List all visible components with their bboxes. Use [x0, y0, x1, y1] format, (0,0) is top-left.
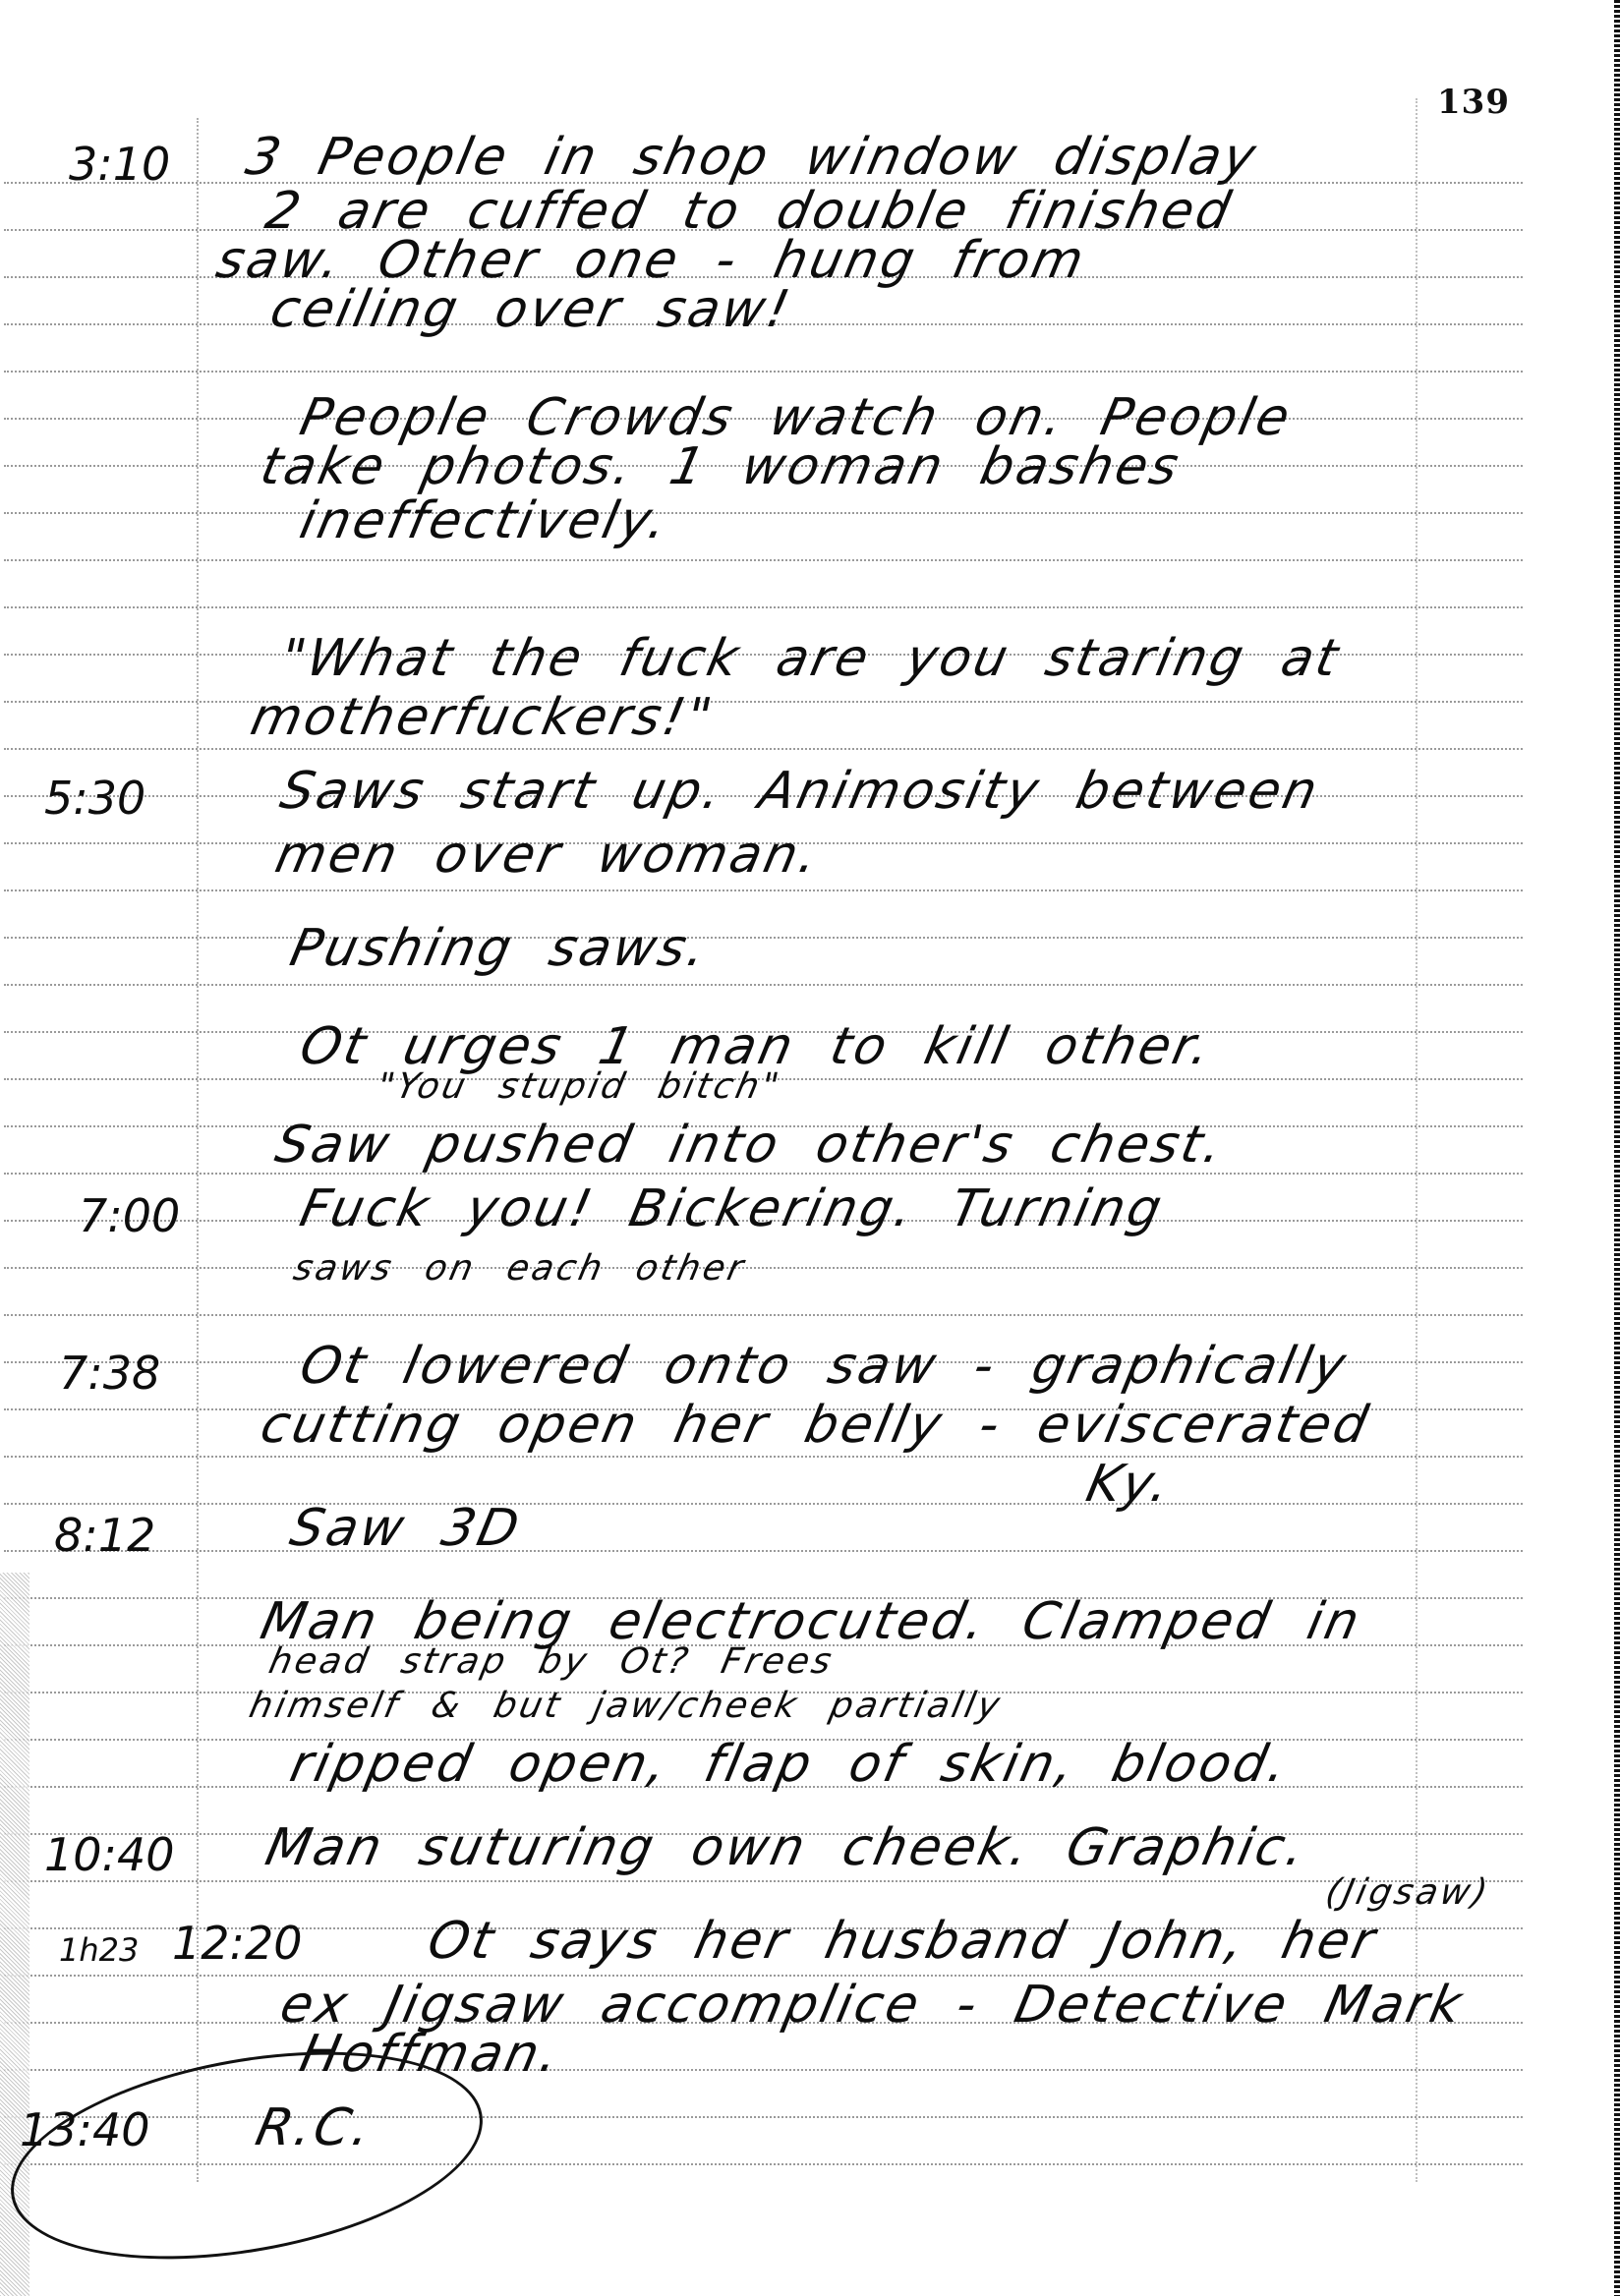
- ruled-line: [4, 890, 1523, 891]
- entry-time: 10:40: [44, 1828, 175, 1881]
- entry-time: 8:12: [54, 1509, 155, 1562]
- entry-line: (Jigsaw): [1322, 1872, 1494, 1913]
- entry-line: "You stupid bitch": [374, 1066, 785, 1107]
- entry-time: 7:00: [79, 1189, 180, 1242]
- entry-time: 3:10: [69, 138, 170, 191]
- entry-line: ripped open, flap of skin, blood.: [285, 1735, 1295, 1794]
- ruled-line: [4, 1314, 1523, 1316]
- page-number: 139: [1437, 83, 1510, 122]
- entry-line: Saws start up. Animosity between: [275, 762, 1325, 821]
- scan-edge-right: [1614, 0, 1620, 2296]
- ruled-line: [4, 512, 1523, 514]
- entry-line: Fuck you! Bickering. Turning: [295, 1179, 1170, 1238]
- entry-line: take photos. 1 woman bashes: [256, 437, 1186, 496]
- entry-line: Man suturing own cheek. Graphic.: [260, 1818, 1312, 1877]
- entry-line: "What the fuck are you staring at: [275, 629, 1346, 688]
- entry-line: Ky.: [1081, 1455, 1178, 1514]
- entry-line: Ot lowered onto saw - graphically: [295, 1337, 1354, 1396]
- ruled-line: [4, 1550, 1523, 1552]
- entry-line: 3 People in shop window display: [241, 128, 1263, 187]
- ruled-line: [4, 984, 1523, 986]
- entry-line: Ot says her husband John, her: [423, 1912, 1383, 1971]
- ruled-line: [4, 1456, 1523, 1458]
- entry-time: 13:40: [20, 2103, 150, 2156]
- ruled-line: [4, 748, 1523, 750]
- entry-line: Pushing saws.: [285, 919, 714, 978]
- entry-prefix: 1h23: [59, 1931, 139, 1969]
- ruled-line: [4, 1267, 1523, 1269]
- entry-time: 7:38: [59, 1347, 160, 1400]
- entry-line: himself & but jaw/cheek partially: [246, 1686, 1006, 1726]
- entry-line: cutting open her belly - eviscerated: [256, 1396, 1375, 1455]
- entry-line: men over woman.: [270, 826, 826, 885]
- entry-line: saws on each other: [290, 1248, 750, 1289]
- entry-line: Saw pushed into other's chest.: [270, 1116, 1230, 1175]
- entry-time: 12:20: [172, 1917, 303, 1970]
- entry-time: 5:30: [44, 772, 145, 825]
- ruled-line: [4, 701, 1523, 703]
- ruled-line: [4, 559, 1523, 561]
- ruled-line: [4, 371, 1523, 373]
- entry-line: head strap by Ot? Frees: [265, 1641, 838, 1682]
- ruled-line: [4, 1880, 1523, 1882]
- entry-line: Saw 3D: [285, 1499, 527, 1558]
- entry-line: ceiling over saw!: [265, 280, 797, 339]
- ruled-line: [4, 606, 1523, 608]
- ruled-line: [4, 1503, 1523, 1505]
- ruled-line: [4, 937, 1523, 939]
- left-margin-line: [197, 118, 199, 2182]
- entry-line: motherfuckers!": [246, 688, 720, 747]
- entry-line: R.C.: [251, 2098, 378, 2157]
- entry-line: ineffectively.: [295, 491, 675, 550]
- right-margin-line: [1416, 98, 1417, 2182]
- notebook-page: 139 3:10 3 People in shop window display…: [0, 0, 1620, 2296]
